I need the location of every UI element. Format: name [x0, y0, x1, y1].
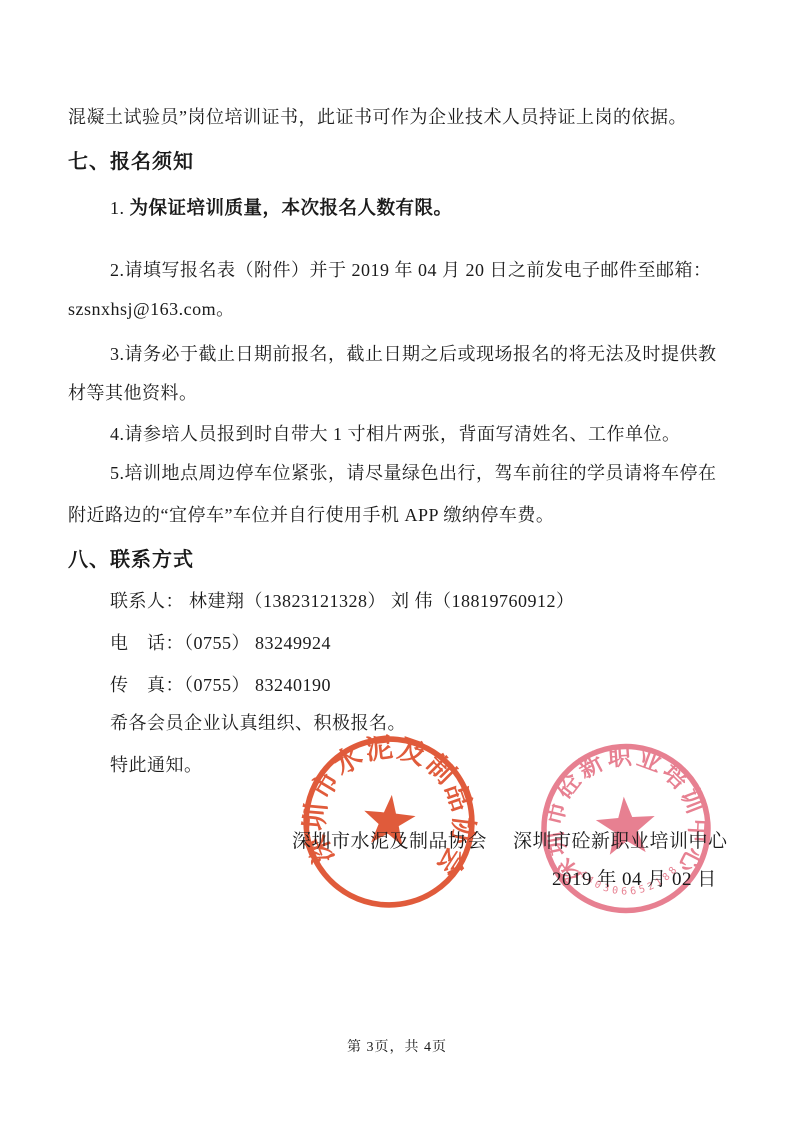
signature-org-right: 深圳市砼新职业培训中心 [513, 826, 728, 853]
section-eight-heading: 八、联系方式 [68, 543, 194, 572]
item-3-line-2: 材等其他资料。 [68, 379, 198, 405]
item-1-text: 为保证培训质量，本次报名人数有限。 [130, 197, 453, 218]
intro-line: 混凝土试验员”岗位培训证书，此证书可作为企业技术人员持证上岗的依据。 [68, 103, 687, 129]
item-1: 1. 为保证培训质量，本次报名人数有限。 [110, 194, 453, 220]
closing-line-1: 希各会员企业认真组织、积极报名。 [110, 709, 406, 735]
signature-date: 2019 年 04 月 02 日 [552, 864, 717, 891]
item-3-line-1: 3.请务必于截止日期前报名，截止日期之后或现场报名的将无法及时提供教 [110, 340, 717, 366]
seal-left-svg: 深圳市水泥及制品协会 [289, 722, 489, 922]
closing-line-2: 特此通知。 [110, 751, 203, 777]
signature-org-left: 深圳市水泥及制品协会 [292, 826, 487, 853]
phone-line: 电 话：（0755） 83249924 [110, 629, 331, 655]
fax-line: 传 真：（0755） 83240190 [110, 671, 331, 697]
document-page: 混凝土试验员”岗位培训证书，此证书可作为企业技术人员持证上岗的依据。 七、报名须… [0, 0, 794, 1123]
item-2-line-2-email: szsnxhsj@163.com。 [68, 295, 235, 321]
page-footer: 第 3页，共 4页 [0, 1036, 794, 1056]
section-seven-heading: 七、报名须知 [68, 145, 194, 174]
seal-cement-association: 深圳市水泥及制品协会 [289, 722, 489, 922]
item-5-line-2: 附近路边的“宜停车”车位并自行使用手机 APP 缴纳停车费。 [68, 501, 554, 527]
item-4: 4.请参培人员报到时自带大 1 寸相片两张，背面写清姓名、工作单位。 [110, 420, 681, 446]
item-2-line-1: 2.请填写报名表（附件）并于 2019 年 04 月 20 日之前发电子邮件至邮… [110, 256, 712, 282]
item-5-line-1: 5.培训地点周边停车位紧张，请尽量绿色出行，驾车前往的学员请将车停在 [110, 459, 717, 485]
contacts-line: 联系人： 林建翔（13823121328） 刘 伟（18819760912） [110, 587, 575, 613]
item-1-number: 1. [110, 198, 125, 218]
